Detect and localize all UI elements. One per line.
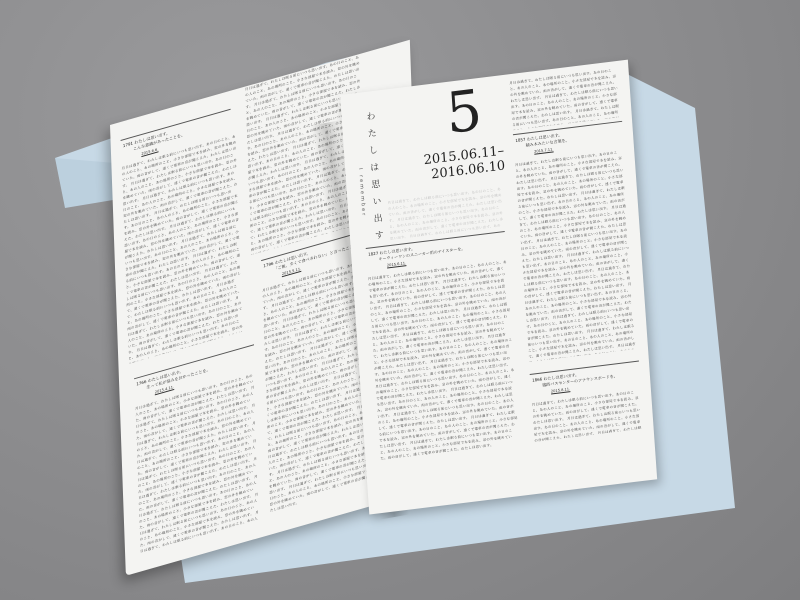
body-text: 月日は過ぎて、わたしは眠る前にいつも思い出す。あの日のこと、あの人のこと、あの場… [368,259,523,506]
body-text: 月日は過ぎて、わたしは眠る前にいつも思い出す。あの日のこと、あの人のこと、あの場… [135,372,260,555]
entry-date: 2015.6.11. [387,261,407,267]
faded-text: 月日は過ぎて、わたしは眠る前にいつも思い出す。あの日のこと、あの人のこと、あの場… [387,186,504,240]
chapter-dates: 2015.06.11– 2016.06.10 [404,143,505,185]
body-text: 月日は過ぎて、わたしは眠る前にいつも思い出す。あの日のこと、あの人のこと、あの場… [509,67,622,130]
body-text: 月日は過ぎて、わたしは眠る前にいつも思い出す。あの日のこと、あの人のこと、あの場… [515,149,638,362]
chapter-number: 5 [444,78,484,147]
divider [530,361,639,375]
entry-date: 2015.8.11. [551,387,571,393]
body-text: 月日は過ぎて、わたしは眠る前にいつも思い出す。あの日のこと、あの人のこと、あの場… [122,133,244,364]
right-page: わたしは思い出す I remember 5 2015.06.11– 2016.0… [340,60,657,515]
entry-date: 2015.7.11. [534,147,554,153]
chapter-title: わたしは思い出す [363,111,385,248]
chapter-subtitle: I remember [357,168,366,218]
body-text: 月日は過ぎて、わたしは眠る前にいつも思い出す。あの日のこと、あの人のこと、あの場… [532,389,644,442]
